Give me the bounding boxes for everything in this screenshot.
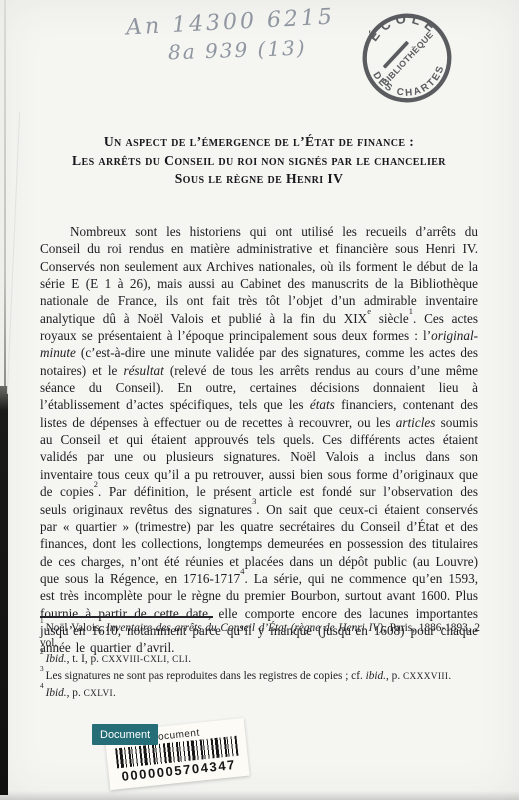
scan-edge-black-strip: [0, 386, 8, 795]
footnote-4-number: 4: [40, 682, 44, 690]
footnote-4: 4Ibid., p. CXLVI.: [40, 686, 480, 702]
footnote-1-text: Noël Valois, Inventaire des arrêts du Co…: [40, 622, 480, 649]
footnote-3: 3Les signatures ne sont pas reproduites …: [40, 669, 480, 685]
stamp-middle-text: BIBLIOTHÈQUE: [380, 29, 435, 87]
library-stamp: ÉCOLE DES CHARTES BIBLIOTHÈQUE: [355, 6, 460, 111]
page-crease: [7, 112, 20, 394]
page-left-edge-line: [4, 0, 6, 392]
footnote-separator: [40, 616, 213, 618]
page-bottom-shadow: [0, 791, 519, 800]
footnote-1-number: 1: [40, 617, 44, 625]
footnotes: 1Noël Valois, Inventaire des arrêts du C…: [40, 621, 480, 703]
footnote-2-number: 2: [40, 648, 44, 656]
handwritten-shelfmark-line2: 8a 939 (13): [168, 36, 307, 65]
title-line-2: Les arrêts du Conseil du roi non signés …: [38, 152, 480, 171]
article-title: Un aspect de l’émergence de l’État de fi…: [38, 133, 480, 189]
footnote-3-number: 3: [40, 665, 44, 673]
footnote-2: 2Ibid., t. I, p. CXXVIII-CXLI, CLI.: [40, 652, 480, 668]
footnote-1: 1Noël Valois, Inventaire des arrêts du C…: [40, 621, 480, 651]
footnote-3-text: Les signatures ne sont pas reproduites d…: [46, 670, 452, 682]
body-paragraph: Nombreux sont les historiens qui ont uti…: [40, 223, 478, 657]
footnote-2-text: Ibid., t. I, p. CXXVIII-CXLI, CLI.: [46, 653, 191, 665]
footnote-4-text: Ibid., p. CXLVI.: [46, 687, 116, 699]
scanned-page: An 14300 6215 8a 939 (13) ÉCOLE DES CHAR…: [0, 0, 519, 800]
title-line-3: Sous le règne de Henri IV: [38, 170, 480, 189]
title-line-1: Un aspect de l’émergence de l’État de fi…: [38, 133, 480, 152]
document-annotation-badge[interactable]: Document: [92, 724, 158, 745]
